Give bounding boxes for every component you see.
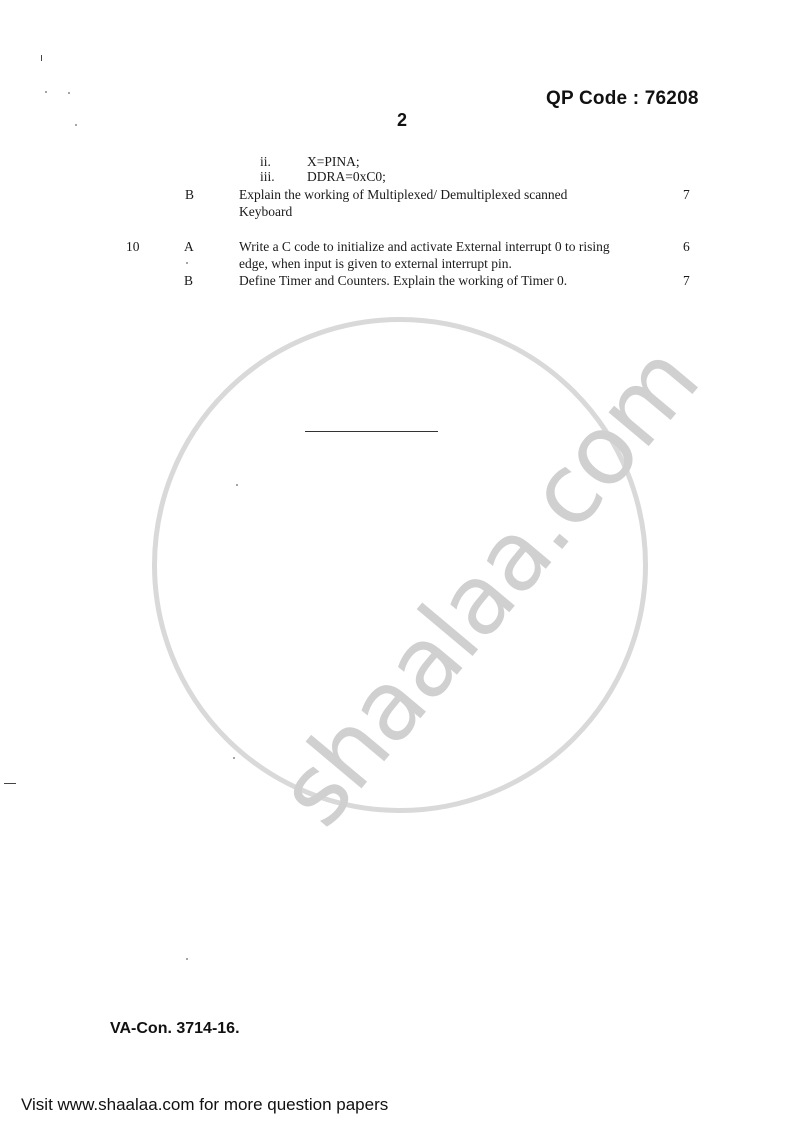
- sub-item-label: iii.: [260, 169, 275, 185]
- scan-speck: [236, 484, 238, 486]
- question-text: Write a C code to initialize and activat…: [239, 239, 610, 255]
- end-divider: [305, 431, 438, 432]
- qp-code: QP Code : 76208: [546, 88, 699, 110]
- question-text: Define Timer and Counters. Explain the w…: [239, 273, 567, 289]
- question-marks: 7: [683, 187, 690, 203]
- question-marks: 7: [683, 273, 690, 289]
- exam-code: VA-Con. 3714-16.: [110, 1020, 240, 1038]
- question-part-label: A: [184, 239, 194, 255]
- watermark-ring: [152, 317, 648, 813]
- page-number: 2: [397, 110, 407, 131]
- question-part-label: B: [185, 187, 194, 203]
- question-number: 10: [126, 239, 140, 255]
- scan-mark: [4, 783, 16, 784]
- question-marks: 6: [683, 239, 690, 255]
- question-part-label: B: [184, 273, 193, 289]
- scan-speck: [186, 262, 188, 264]
- scan-speck: [75, 124, 77, 126]
- question-text-continued: Keyboard: [239, 204, 292, 220]
- sub-item-text: DDRA=0xC0;: [307, 169, 386, 185]
- sub-item-text: X=PINA;: [307, 154, 360, 170]
- sub-item-label: ii.: [260, 154, 271, 170]
- scan-speck: [45, 91, 47, 93]
- watermark-text: shaalaa.com: [257, 325, 720, 846]
- scan-speck: [68, 92, 70, 94]
- scan-speck: [233, 757, 235, 759]
- question-text-continued: edge, when input is given to external in…: [239, 256, 512, 272]
- scan-mark: [41, 55, 42, 61]
- question-text: Explain the working of Multiplexed/ Demu…: [239, 187, 567, 203]
- visit-link-text: Visit www.shaalaa.com for more question …: [21, 1095, 388, 1115]
- scan-speck: [186, 958, 188, 960]
